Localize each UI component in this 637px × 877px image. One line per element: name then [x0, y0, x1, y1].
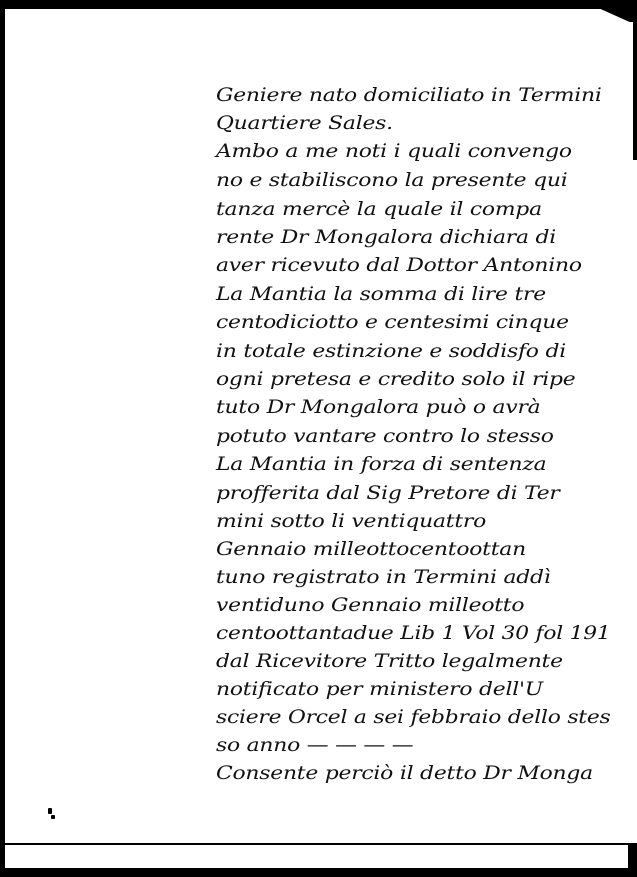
text-line: aver ricevuto dal Dottor Antonino	[216, 254, 582, 276]
text-line: potuto vantare contro lo stesso	[216, 425, 554, 447]
text-line: centodiciotto e centesimi cinque	[216, 311, 569, 333]
text-line: centoottantadue Lib 1 Vol 30 fol 191	[216, 622, 611, 644]
text-line: ventiduno Gennaio milleotto	[216, 594, 524, 616]
text-line: Geniere nato domiciliato in Termini	[216, 84, 602, 106]
manuscript-page: Geniere nato domiciliato in Termini Quar…	[0, 0, 637, 877]
text-line: rente Dr Mongalora dichiara di	[216, 226, 556, 248]
text-line: mini sotto li ventiquattro	[216, 510, 486, 532]
text-line: notificato per ministero dell'U	[216, 678, 543, 700]
text-line: so anno — — — —	[216, 734, 413, 756]
scan-border-left	[0, 0, 5, 877]
text-line: La Mantia in forza di sentenza	[216, 453, 546, 475]
text-line: dal Ricevitore Tritto legalmente	[216, 650, 563, 672]
ink-speck	[51, 815, 55, 819]
text-line: tanza mercè la quale il compa	[216, 198, 542, 220]
scan-border-corner-bottom	[628, 845, 637, 877]
ink-speck	[48, 808, 52, 814]
text-line: sciere Orcel a sei febbraio dello stes	[216, 706, 610, 728]
scan-border-right	[633, 0, 637, 160]
text-line: La Mantia la somma di lire tre	[216, 283, 546, 305]
text-line: no e stabiliscono la presente qui	[216, 169, 567, 191]
text-line: profferita dal Sig Pretore di Ter	[216, 482, 560, 504]
scan-border-corner	[600, 0, 637, 22]
text-line: Ambo a me noti i quali convengo	[216, 140, 572, 162]
text-line: tuto Dr Mongalora può o avrà	[216, 396, 540, 418]
text-line: Consente perciò il detto Dr Monga	[216, 762, 593, 784]
text-line: ogni pretesa e credito solo il ripe	[216, 368, 575, 390]
text-line: in totale estinzione e soddisfo di	[216, 340, 566, 362]
scan-border-bottom	[0, 868, 637, 877]
text-line: Quartiere Sales.	[216, 112, 393, 134]
scan-bottom-line	[0, 843, 637, 845]
scan-border-top	[0, 0, 637, 9]
text-line: tuno registrato in Termini addì	[216, 566, 551, 588]
text-line: Gennaio milleottocentoottan	[216, 538, 526, 560]
